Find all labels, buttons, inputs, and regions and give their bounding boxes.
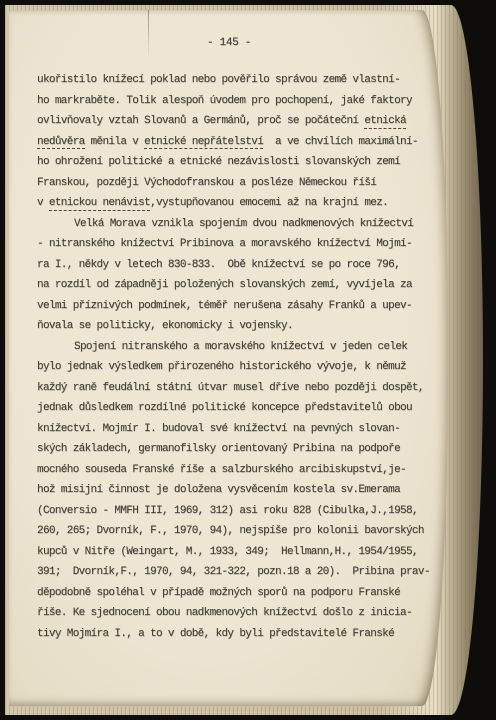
text-line: bylo jednak výsledkem přirozeného histor… [37,357,441,378]
text-line: - nitranského knížectví Pribinova a mora… [37,234,441,255]
book-page: - 145 - ukořistilo knížecí poklad nebo p… [9,10,448,706]
underlined-phrase: nedůvěra [37,136,85,150]
text-line: ukořistilo knížecí poklad nebo pověřilo … [37,70,441,91]
text-line: ho ohrožení politické a etnické nezávisl… [37,152,441,173]
text-block: ukořistilo knížecí poklad nebo pověřilo … [37,70,441,644]
text-line: (Conversio - MMFH III, 1969, 312) asi ro… [37,501,441,522]
page-crease [148,10,149,58]
text-line: na rozdíl od západněji položených slovan… [37,275,441,296]
text-line: ňovala se politicky, ekonomicky i vojens… [37,316,441,337]
underlined-phrase: etnické nepřátelství [144,136,263,150]
text-line: říše. Ke sjednocení obou nadkmenových kn… [37,603,441,624]
text-line: každý raně feudální státní útvar musel d… [37,378,441,399]
text-line: Velká Morava vznikla spojením dvou nadkm… [37,214,441,235]
text-line: ra I., někdy v letech 830-833. Obě kníže… [37,255,441,276]
text-line: děpodobně spoléhal v případě možných spo… [37,583,441,604]
text-line: nedůvěra měnila v etnické nepřátelství a… [37,132,441,153]
underlined-phrase: etnická [364,115,406,129]
text-line: knížectví. Mojmír I. budoval své knížect… [37,419,441,440]
text-line: 391; Dvorník,F., 1970, 94, 321-322, pozn… [37,562,441,583]
text-line: mocného souseda Franské říše a salzbursk… [37,460,441,481]
text-line: ovlivňovaly vztah Slovanů a Germánů, pro… [37,111,441,132]
text-line: ských základech, germanofilsky orientova… [37,439,441,460]
text-line: Spojení nitranského a moravského knížect… [37,337,441,358]
text-line: tivy Mojmíra I., a to v době, kdy byli p… [37,624,441,645]
underlined-phrase: etnickou nenávist [49,197,150,211]
text-line: 260, 265; Dvorník, F., 1970, 94), nejspí… [37,521,441,542]
text-line: velmi příznivých podmínek, téměř nerušen… [37,296,441,317]
text-line: jednak důsledkem rozdílné politické konc… [37,398,441,419]
text-line: v etnickou nenávist,vystupňovanou emocem… [37,193,441,214]
text-line: hož misijní činnost je doložena vysvěcen… [37,480,441,501]
scanned-book-photo: - 145 - ukořistilo knížecí poklad nebo p… [0,0,496,720]
text-line: Franskou, později Východofranskou a posl… [37,173,441,194]
page-number: - 145 - [37,37,421,49]
text-line: kupců v Nitře (Weingart, M., 1933, 349; … [37,542,441,563]
text-line: ho markraběte. Tolik alespoň úvodem pro … [37,91,441,112]
